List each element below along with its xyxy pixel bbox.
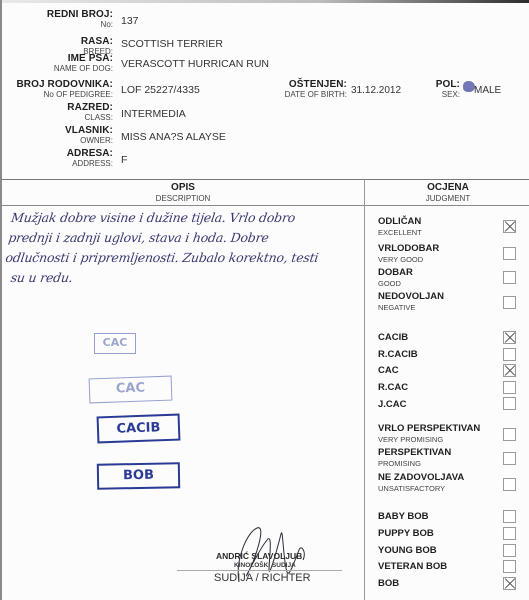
- label: POL:: [436, 80, 460, 90]
- label-en: VERY GOOD: [378, 256, 439, 264]
- scan-edge: [2, 0, 529, 3]
- field-broj-rodovnika: BROJ RODOVNIKA:No OF PEDIGREE:: [2, 80, 113, 104]
- label-en: GOOD: [378, 280, 413, 288]
- checkbox-r-cacib[interactable]: [503, 348, 516, 361]
- label: R.CACIB: [378, 350, 418, 360]
- field-adresa: ADRESA:ADDRESS:: [2, 149, 113, 173]
- grade-excellent: ODLIČANEXCELLENT: [378, 217, 422, 236]
- handwritten-description: Mužjak dobre visine i dužine tijela. Vrl…: [1, 208, 362, 288]
- field-razred: RAZRED:CLASS:: [2, 103, 113, 127]
- title-r-cac: R.CAC: [378, 383, 408, 393]
- stamp-cacib: CACIB: [97, 414, 181, 444]
- checkbox-j-cac[interactable]: [503, 397, 516, 410]
- handwritten-line: prednji i zadnji uglovi, stava i hoda. D…: [7, 228, 360, 248]
- checkbox-very-promising[interactable]: [503, 428, 516, 441]
- label: ADRESA:: [67, 149, 113, 159]
- label-en: ADDRESS:: [67, 160, 113, 168]
- label: R.CAC: [378, 383, 408, 393]
- label-en: OWNER:: [65, 137, 113, 145]
- label: PUPPY BOB: [378, 529, 434, 539]
- label: VRLODOBAR: [378, 244, 439, 254]
- value-dog-name: VERASCOTT HURRICAN RUN: [121, 58, 269, 70]
- label: NE ZADOVOLJAVA: [378, 473, 464, 483]
- bob-veteran: VETERAN BOB: [378, 562, 447, 572]
- grade-negative: NEDOVOLJANNEGATIVE: [378, 292, 444, 311]
- label: ODLIČAN: [378, 217, 422, 227]
- checkbox-bob[interactable]: [503, 577, 516, 590]
- bob-puppy: PUPPY BOB: [378, 529, 434, 539]
- label: IME PSA:: [54, 54, 113, 64]
- field-date-of-birth: OŠTENJEN:DATE OF BIRTH:: [262, 80, 347, 104]
- judge-stamp-name: ANDRIĆ SLAVOLJUB: [216, 551, 302, 561]
- label: OŠTENJEN:: [285, 80, 347, 90]
- judging-report-sheet: REDNI BROJ:No: 137 RASA:BREED: SCOTTISH …: [0, 0, 529, 600]
- label-en: No:: [47, 21, 113, 29]
- label: DOBAR: [378, 268, 413, 278]
- title-j-cac: J.CAC: [378, 400, 407, 410]
- title-cac: CAC: [378, 366, 399, 376]
- table-header-divider: [2, 205, 529, 206]
- value-number: 137: [121, 15, 139, 27]
- description-column-header: OPIS DESCRIPTION: [2, 183, 364, 203]
- checkbox-promising[interactable]: [503, 452, 516, 465]
- label: YOUNG BOB: [378, 546, 437, 556]
- label: VETERAN BOB: [378, 562, 447, 572]
- heading: OCJENA: [365, 183, 529, 193]
- label: VRLO PERSPEKTIVAN: [378, 424, 480, 434]
- label-en: NEGATIVE: [378, 304, 444, 312]
- field-redni-broj: REDNI BROJ:No:: [2, 10, 113, 34]
- judge-stamp-title: KINOLOŠKI SUDIJA: [234, 562, 296, 569]
- label-en: UNSATISFACTORY: [378, 485, 464, 493]
- label-en: No OF PEDIGREE:: [16, 91, 113, 99]
- judgment-column-header: OCJENA JUDGMENT: [365, 183, 529, 203]
- value-pedigree: LOF 25227/4335: [121, 84, 200, 96]
- checkbox-cacib[interactable]: [503, 331, 516, 344]
- bob-young: YOUNG BOB: [378, 546, 437, 556]
- heading-en: DESCRIPTION: [2, 195, 364, 203]
- value-breed: SCOTTISH TERRIER: [121, 38, 223, 50]
- label-en: VERY PROMISING: [378, 436, 480, 444]
- promise-unsatisfactory: NE ZADOVOLJAVAUNSATISFACTORY: [378, 473, 464, 492]
- label: VLASNIK:: [65, 126, 113, 136]
- value-address: F: [121, 154, 127, 166]
- promise-very-promising: VRLO PERSPEKTIVANVERY PROMISING: [378, 424, 480, 443]
- label: RAZRED:: [67, 103, 113, 113]
- bob-bob: BOB: [378, 579, 399, 589]
- column-divider: [364, 179, 365, 600]
- label: REDNI BROJ:: [47, 10, 113, 20]
- label-en: DATE OF BIRTH:: [285, 91, 347, 99]
- label: CAC: [378, 366, 399, 376]
- label: PERSPEKTIVAN: [378, 448, 451, 458]
- field-sex: POL:SEX:: [422, 80, 460, 104]
- label: CACIB: [378, 333, 408, 343]
- checkbox-good[interactable]: [503, 271, 516, 284]
- handwritten-line: Mužjak dobre visine i dužine tijela. Vrl…: [10, 208, 363, 228]
- checkbox-excellent[interactable]: [503, 220, 516, 233]
- signature-label: SUDIJA / RICHTER: [214, 572, 311, 584]
- checkbox-negative[interactable]: [503, 296, 516, 309]
- bob-baby: BABY BOB: [378, 512, 429, 522]
- title-cacib: CACIB: [378, 333, 408, 343]
- label: J.CAC: [378, 400, 407, 410]
- stamp-bob: BOB: [97, 462, 180, 489]
- label: BOB: [378, 579, 399, 589]
- heading-en: JUDGMENT: [365, 195, 529, 203]
- label: NEDOVOLJAN: [378, 292, 444, 302]
- checkbox-cac[interactable]: [503, 364, 516, 377]
- field-ime-psa: IME PSA:NAME OF DOG:: [2, 54, 113, 78]
- label: BROJ RODOVNIKA:: [16, 80, 113, 90]
- handwritten-line: odlučnosti i pripremljenosti. Zubalo kor…: [4, 248, 357, 268]
- label-en: NAME OF DOG:: [54, 65, 113, 73]
- value-class: INTERMEDIA: [121, 108, 186, 120]
- stamp-cac-light: CAC: [89, 376, 173, 404]
- grade-very-good: VRLODOBARVERY GOOD: [378, 244, 439, 263]
- value-owner: MISS ANA?S ALAYSE: [121, 131, 226, 143]
- label: RASA:: [81, 37, 113, 47]
- stamp-cac-faded: CAC: [94, 333, 136, 354]
- checkbox-young-bob[interactable]: [503, 544, 516, 557]
- promise-promising: PERSPEKTIVANPROMISING: [378, 448, 451, 467]
- field-vlasnik: VLASNIK:OWNER:: [2, 126, 113, 150]
- checkbox-veteran-bob[interactable]: [503, 560, 516, 573]
- checkbox-baby-bob[interactable]: [503, 510, 516, 523]
- label-en: SEX:: [436, 91, 460, 99]
- value-date-of-birth: 31.12.2012: [351, 85, 401, 96]
- checkbox-unsatisfactory[interactable]: [503, 478, 516, 491]
- label-en: EXCELLENT: [378, 229, 422, 237]
- label-en: CLASS:: [67, 114, 113, 122]
- label-en: PROMISING: [378, 460, 451, 468]
- checkbox-very-good[interactable]: [503, 247, 516, 260]
- checkbox-r-cac[interactable]: [503, 381, 516, 394]
- label: BABY BOB: [378, 512, 429, 522]
- checkbox-puppy-bob[interactable]: [503, 527, 516, 540]
- handwritten-line: su u redu.: [1, 268, 354, 288]
- heading: OPIS: [2, 183, 364, 193]
- grade-good: DOBARGOOD: [378, 268, 413, 287]
- signature-line: [177, 570, 342, 571]
- title-r-cacib: R.CACIB: [378, 350, 418, 360]
- value-sex: MALE: [474, 85, 501, 96]
